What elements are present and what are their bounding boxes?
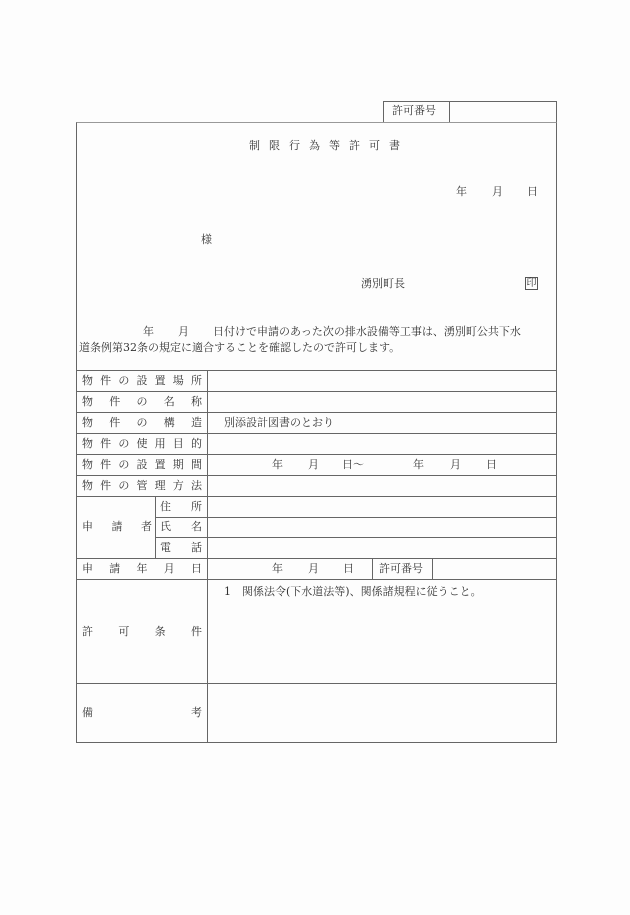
label-char: 件 xyxy=(100,480,111,492)
body-line-2: 道条例第32条の規定に適合することを確認したので許可します。 xyxy=(79,342,400,354)
label-char: 件 xyxy=(191,626,202,638)
label-char: 可 xyxy=(118,626,129,638)
label-char: 物 xyxy=(82,417,93,429)
label-char: 物 xyxy=(82,438,93,450)
applicant-label: 申請者 xyxy=(82,521,152,533)
label-char: 件 xyxy=(100,459,111,471)
label-char: の xyxy=(118,438,129,450)
remarks-field[interactable] xyxy=(208,684,556,742)
body-year: 年 xyxy=(143,326,154,338)
issuer-name: 湧別町長 xyxy=(361,278,405,290)
addressee-suffix: 様 xyxy=(201,234,212,246)
label-char: 請 xyxy=(112,521,123,533)
period-to-day: 日 xyxy=(486,459,497,471)
label-char: の xyxy=(118,375,129,387)
label-char: 造 xyxy=(191,417,202,429)
management-field[interactable] xyxy=(208,476,556,496)
addressee-field[interactable] xyxy=(90,230,198,246)
label-char: 氏 xyxy=(160,521,171,533)
permit-number-label: 許可番号 xyxy=(392,105,436,117)
period-from-day: 日〜 xyxy=(342,459,364,471)
label-char: 的 xyxy=(191,438,202,450)
label-char: の xyxy=(137,396,148,408)
label-char: 置 xyxy=(155,375,166,387)
label-char: 条 xyxy=(155,626,166,638)
application-date-year: 年 xyxy=(272,563,283,575)
name-field[interactable] xyxy=(208,392,556,412)
label-char: 者 xyxy=(141,521,152,533)
label-char: 件 xyxy=(109,396,120,408)
body-month: 月 xyxy=(178,326,189,338)
structure-value: 別添設計図書のとおり xyxy=(224,417,334,429)
location-field[interactable] xyxy=(208,371,556,391)
issue-date-month: 月 xyxy=(492,186,503,198)
label-char: 設 xyxy=(136,459,147,471)
applicant-subdivider xyxy=(155,496,156,558)
row-label-structure: 物件の構造 xyxy=(82,417,202,429)
label-char: 物 xyxy=(82,396,93,408)
table-permit-number-label: 許可番号 xyxy=(379,563,423,575)
label-char: 名 xyxy=(191,521,202,533)
row-divider xyxy=(76,454,557,455)
applicant-phone-field[interactable] xyxy=(208,538,556,558)
permit-number-field[interactable] xyxy=(450,102,556,122)
label-char: 構 xyxy=(164,417,175,429)
label-char: 日 xyxy=(191,563,202,575)
issue-date-year: 年 xyxy=(456,186,467,198)
table-permit-number-field[interactable] xyxy=(433,559,556,579)
label-char: 名 xyxy=(164,396,175,408)
label-char: 法 xyxy=(191,480,202,492)
label-char: 物 xyxy=(82,480,93,492)
application-date-month: 月 xyxy=(308,563,319,575)
label-char: 件 xyxy=(100,438,111,450)
seal-icon: 印 xyxy=(525,277,538,290)
row-label-period: 物件の設置期間 xyxy=(82,459,202,471)
label-char: 目 xyxy=(173,438,184,450)
application-date-day: 日 xyxy=(343,563,354,575)
label-char: 月 xyxy=(164,563,175,575)
permit-number-cell-divider xyxy=(372,558,373,579)
conditions-label: 許可条件 xyxy=(82,626,202,638)
applicant-name-label: 氏名 xyxy=(160,521,202,533)
label-char: の xyxy=(118,480,129,492)
label-char: 年 xyxy=(137,563,148,575)
applicant-address-label: 住所 xyxy=(160,501,202,513)
period-from-month: 月 xyxy=(308,459,319,471)
label-char: 話 xyxy=(191,542,202,554)
label-char: 所 xyxy=(191,375,202,387)
remarks-label: 備考 xyxy=(82,707,202,719)
label-char: 許 xyxy=(82,626,93,638)
period-to-month: 月 xyxy=(450,459,461,471)
label-char: の xyxy=(118,459,129,471)
row-divider xyxy=(76,412,557,413)
label-char: 物 xyxy=(82,375,93,387)
purpose-field[interactable] xyxy=(208,434,556,454)
period-to-year: 年 xyxy=(413,459,424,471)
issue-date-day: 日 xyxy=(527,186,538,198)
label-char: 所 xyxy=(191,501,202,513)
row-label-name: 物件の名称 xyxy=(82,396,202,408)
label-char: 住 xyxy=(160,501,171,513)
label-char: 設 xyxy=(136,375,147,387)
label-char: 申 xyxy=(82,563,93,575)
label-char: 用 xyxy=(155,438,166,450)
row-divider xyxy=(76,579,557,580)
applicant-name-field[interactable] xyxy=(208,518,556,537)
label-char: 期 xyxy=(173,459,184,471)
body-line-1: 日付けで申請のあった次の排水設備等工事は、湧別町公共下水 xyxy=(213,326,521,338)
label-char: 間 xyxy=(191,459,202,471)
period-from-year: 年 xyxy=(272,459,283,471)
label-char: 称 xyxy=(191,396,202,408)
label-char: 置 xyxy=(155,459,166,471)
label-char: 申 xyxy=(82,521,93,533)
label-char: 場 xyxy=(173,375,184,387)
application-date-label: 申請年月日 xyxy=(82,563,202,575)
label-char: 物 xyxy=(82,459,93,471)
applicant-address-field[interactable] xyxy=(208,497,556,517)
label-char: 理 xyxy=(155,480,166,492)
label-char: 方 xyxy=(173,480,184,492)
document-title: 制限行為等許可書 xyxy=(249,140,409,152)
row-label-location: 物件の設置場所 xyxy=(82,375,202,387)
label-char: 件 xyxy=(100,375,111,387)
label-char: 使 xyxy=(136,438,147,450)
condition-item-1: 1 関係法令(下水道法等)、関係諸規程に従うこと。 xyxy=(224,586,482,598)
label-char: 考 xyxy=(191,707,202,719)
applicant-phone-label: 電話 xyxy=(160,542,202,554)
label-char: 電 xyxy=(160,542,171,554)
row-label-purpose: 物件の使用目的 xyxy=(82,438,202,450)
label-char: 管 xyxy=(136,480,147,492)
label-char: 件 xyxy=(109,417,120,429)
row-label-management: 物件の管理方法 xyxy=(82,480,202,492)
label-char: 備 xyxy=(82,707,93,719)
label-char: の xyxy=(137,417,148,429)
label-char: 請 xyxy=(109,563,120,575)
